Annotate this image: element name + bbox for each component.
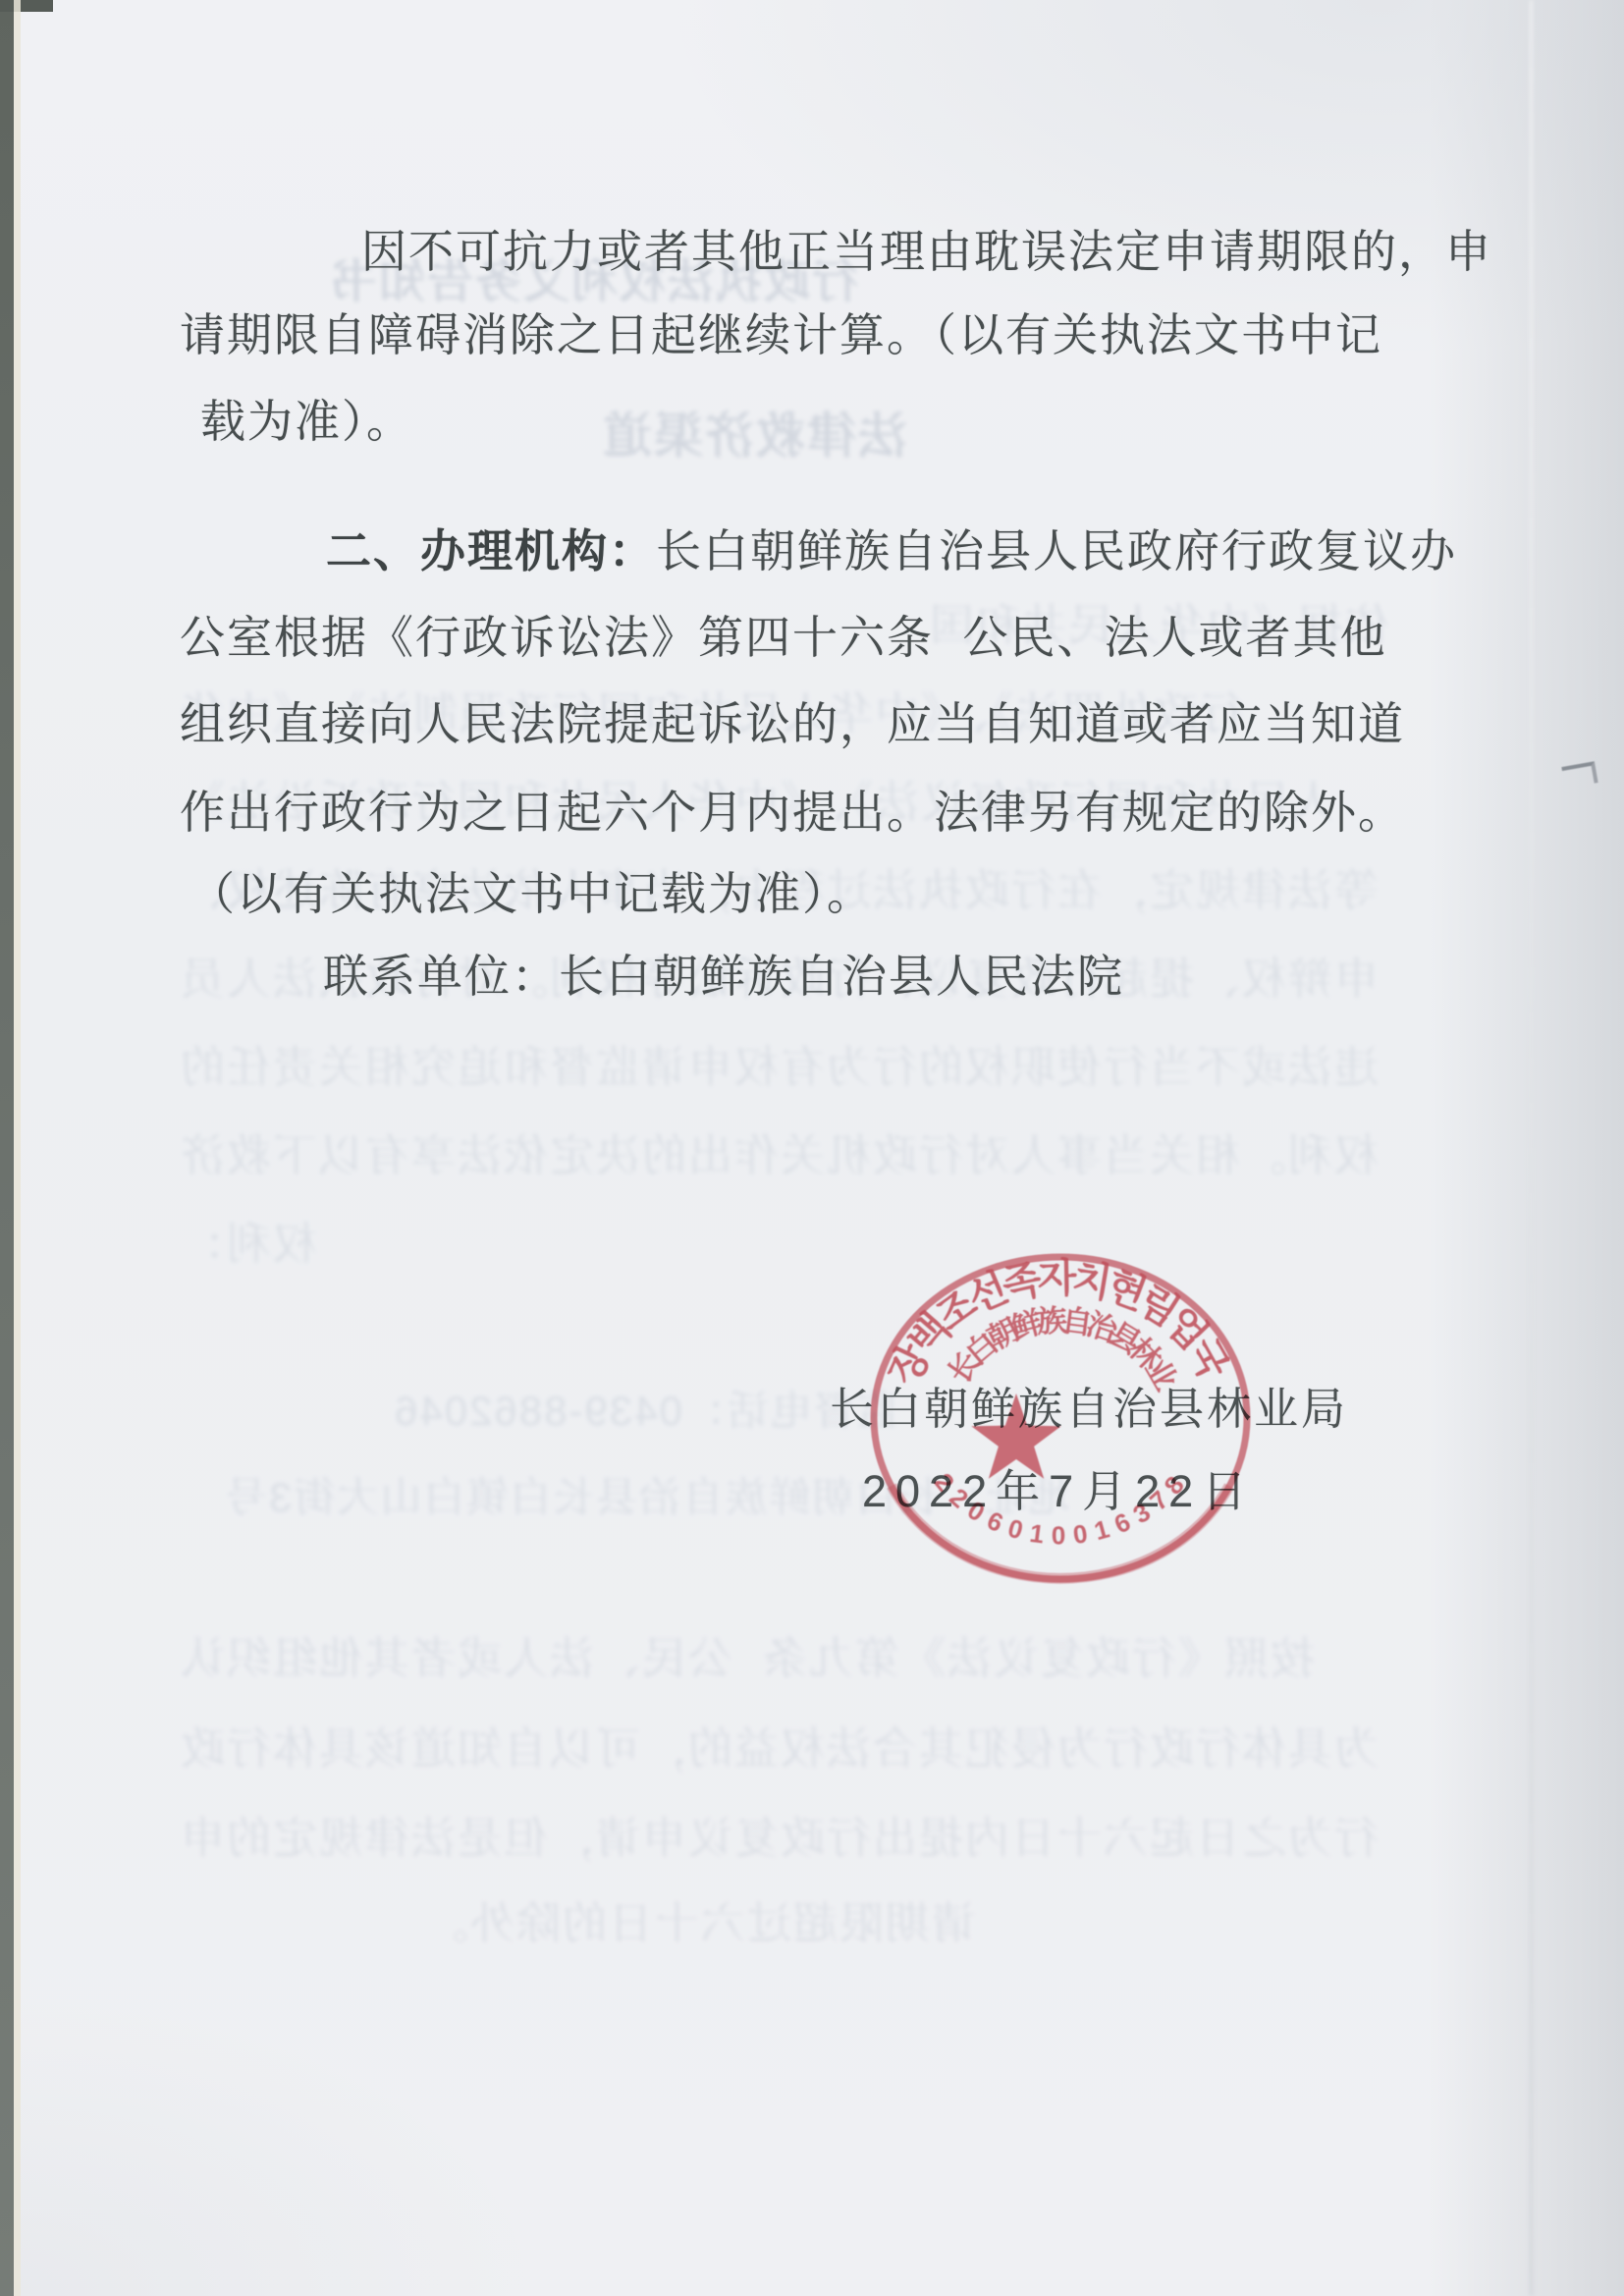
seal-star-icon xyxy=(971,1394,1060,1479)
paper-edge-line xyxy=(14,0,21,2296)
section-heading-label: 二、办理机构： xyxy=(326,525,656,576)
scanner-edge-tab xyxy=(0,0,53,12)
bleed-through-line: 行为之日起六十日内提出行政复议申请，但是法律规定的申 xyxy=(179,1802,1379,1866)
body-line: 请期限自障碍消除之日起继续计算。（以有关执法文书中记 xyxy=(180,300,1382,364)
body-line: 公室根据《行政诉讼法》第四十六条 公民、法人或者其他 xyxy=(180,602,1387,667)
seal-serial-number: 2206010016378 xyxy=(929,1466,1193,1550)
bleed-through-line: 按照《行政复议法》第九条 公民、法人或者其他组织认 xyxy=(179,1622,1315,1686)
bleed-through-line: 监督电话：0439-8862046 xyxy=(393,1379,898,1438)
official-seal: 장백조선족자치현림업국 长白朝鲜族自治县林业局 2206010016378 xyxy=(864,1249,1259,1593)
bleed-through-line: 权利： xyxy=(179,1208,317,1272)
body-line: 组织直接向人民法院提起诉讼的，应当自知道或者应当知道 xyxy=(180,688,1405,753)
section-heading-text: 长白朝鲜族自治县人民政府行政复议办 xyxy=(656,525,1457,576)
body-line-contact: 联系单位：长白朝鲜族自治县人民法院 xyxy=(323,941,1124,1006)
body-line: （以有关执法文书中记载为准）。 xyxy=(189,858,874,923)
bleed-through-line: 请期限超过六十日的除外。 xyxy=(422,1887,976,1951)
body-line: 作出行政行为之日起六个月内提出。法律另有规定的除外。 xyxy=(180,777,1405,842)
body-line: 载为准）。 xyxy=(200,386,413,451)
bleed-through-line: 法律救济渠道 xyxy=(601,397,907,467)
body-line-heading: 二、办理机构：长白朝鲜族自治县人民政府行政复议办 xyxy=(326,516,1457,580)
scanner-edge xyxy=(0,0,14,2296)
bleed-through-line: 违法或不当行使职权的行为有权申请监督和追究相关责任的 xyxy=(179,1031,1379,1095)
bleed-through-line: 权利。相关当事人对行政机关作出的决定依法享有以下救济 xyxy=(179,1120,1379,1183)
bleed-through-line: 为具体行政行为侵犯其合法权益的，可以自知道该具体行政 xyxy=(179,1713,1379,1777)
body-line: 因不可抗力或者其他正当理由耽误法定申请期限的，申 xyxy=(361,216,1492,281)
paper-crease xyxy=(1530,0,1533,2296)
